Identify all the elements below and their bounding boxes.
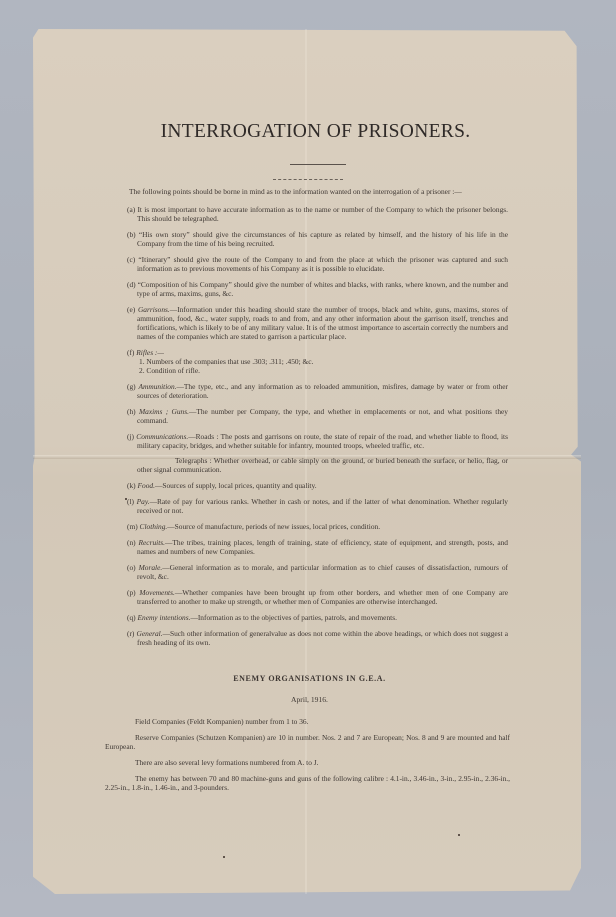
list-item-f-rifles: (f) Rifles :— 1. Numbers of the companie…	[127, 348, 508, 375]
org-paragraph-field-companies: Field Companies (Feldt Kompanien) number…	[105, 717, 510, 726]
ornamental-divider	[273, 179, 343, 181]
list-item-m-clothing: (m) Clothing.—Source of manufacture, per…	[127, 522, 508, 531]
intro-paragraph: The following points should be borne in …	[105, 187, 508, 196]
ink-spot	[458, 834, 460, 836]
document-body: INTERROGATION OF PRISONERS. The followin…	[127, 120, 508, 799]
title-rule	[290, 164, 346, 165]
list-item-k-food: (k) Food.—Sources of supply, local price…	[127, 481, 508, 490]
list-item-e-garrisons: (e) Garrisons.—Information under this he…	[127, 305, 508, 341]
rifles-subitem-1: 1. Numbers of the companies that use .30…	[127, 357, 508, 366]
ink-spot	[125, 498, 127, 500]
section-date: April, 1916.	[111, 695, 508, 704]
list-item-p-movements: (p) Movements.—Whether companies have be…	[127, 588, 508, 606]
list-item-b: (b) “His own story” should give the circ…	[127, 230, 508, 248]
ink-spot	[223, 856, 225, 858]
list-item-n-recruits: (n) Recruits.—The tribes, training place…	[127, 538, 508, 556]
list-item-a: (a) It is most important to have accurat…	[127, 205, 508, 223]
list-item-d: (d) “Composition of his Company” should …	[127, 280, 508, 298]
org-paragraph-machine-guns: The enemy has between 70 and 80 machine-…	[105, 774, 510, 792]
list-item-c: (c) “Itinerary” should give the route of…	[127, 255, 508, 273]
org-paragraph-reserve-companies: Reserve Companies (Schutzen Kompanien) a…	[105, 733, 510, 751]
list-item-o-morale: (o) Morale.—General information as to mo…	[127, 563, 508, 581]
telegraphs-paragraph: Telegraphs : Whether overhead, or cable …	[127, 456, 508, 474]
section-title: ENEMY ORGANISATIONS IN G.E.A.	[111, 674, 508, 683]
list-item-j-communications: (j) Communications.—Roads : The posts an…	[127, 432, 508, 450]
rifles-subitem-2: 2. Condition of rifle.	[127, 366, 508, 375]
list-item-h-maxims: (h) Maxims ; Guns.—The number per Compan…	[127, 407, 508, 425]
list-item-q-enemy-intentions: (q) Enemy intentions.—Information as to …	[127, 613, 508, 622]
document-title: INTERROGATION OF PRISONERS.	[123, 120, 508, 144]
list-item-g-ammunition: (g) Ammunition.—The type, etc., and any …	[127, 382, 508, 400]
org-paragraph-levy-formations: There are also several levy formations n…	[105, 758, 510, 767]
list-item-r-general: (r) General.—Such other information of g…	[127, 629, 508, 647]
list-item-l-pay: (l) Pay.—Rate of pay for various ranks. …	[127, 497, 508, 515]
